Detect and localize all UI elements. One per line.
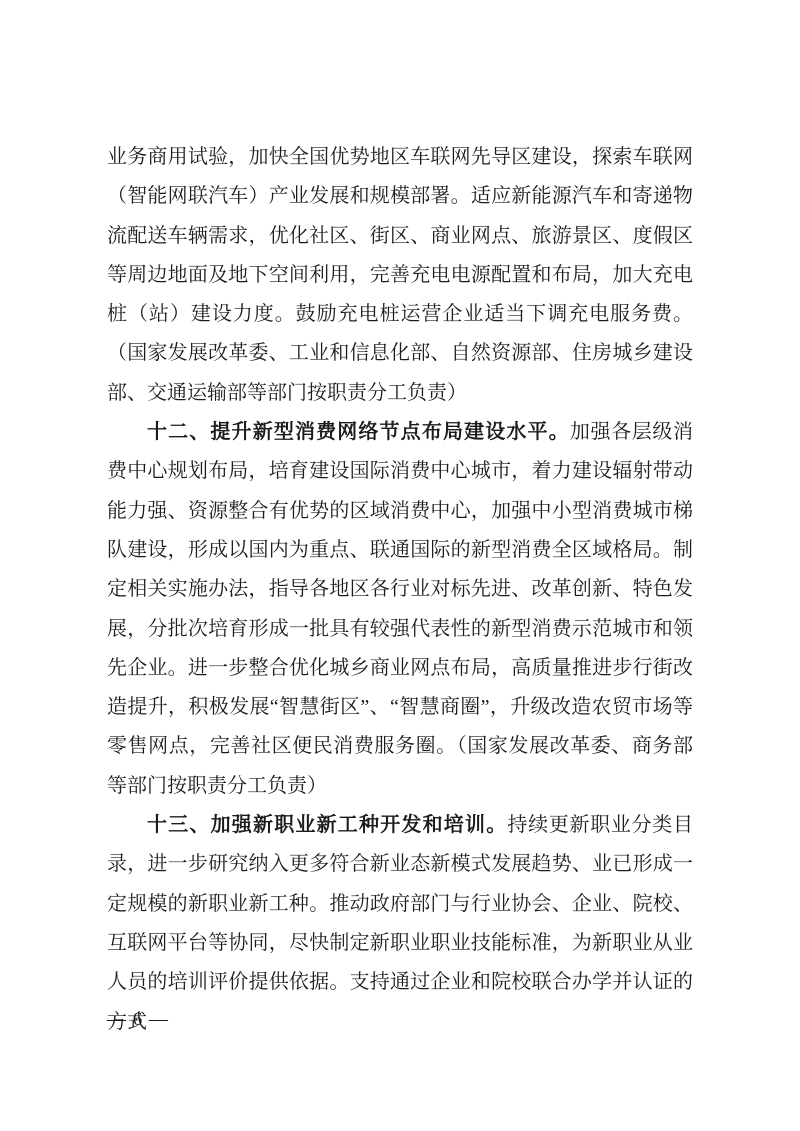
section-heading-13: 十三、加强新职业新工种开发和培训。 xyxy=(147,814,507,836)
paragraph-section-13: 十三、加强新职业新工种开发和培训。持续更新职业分类目录，进一步研究纳入更多符合新… xyxy=(107,806,693,1042)
paragraph-text: 持续更新职业分类目录，进一步研究纳入更多符合新业态新模式发展趋势、业已形成一定规… xyxy=(107,814,693,1032)
page-number: — 6 — xyxy=(107,1009,169,1030)
paragraph-text: 加强各层级消费中心规划布局，培育建设国际消费中心城市，着力建设辐射带动能力强、资… xyxy=(107,421,693,797)
page-footer: — 6 — xyxy=(107,1006,169,1034)
paragraph-section-12: 十二、提升新型消费网络节点布局建设水平。加强各层级消费中心规划布局，培育建设国际… xyxy=(107,413,693,806)
document-page: 业务商用试验，加快全国优势地区车联网先导区建设，探索车联网（智能网联汽车）产业发… xyxy=(0,0,800,1131)
paragraph-text: 业务商用试验，加快全国优势地区车联网先导区建设，探索车联网（智能网联汽车）产业发… xyxy=(107,146,693,404)
document-body: 业务商用试验，加快全国优势地区车联网先导区建设，探索车联网（智能网联汽车）产业发… xyxy=(107,138,693,1042)
paragraph-continuation: 业务商用试验，加快全国优势地区车联网先导区建设，探索车联网（智能网联汽车）产业发… xyxy=(107,138,693,413)
section-heading-12: 十二、提升新型消费网络节点布局建设水平。 xyxy=(147,421,570,443)
